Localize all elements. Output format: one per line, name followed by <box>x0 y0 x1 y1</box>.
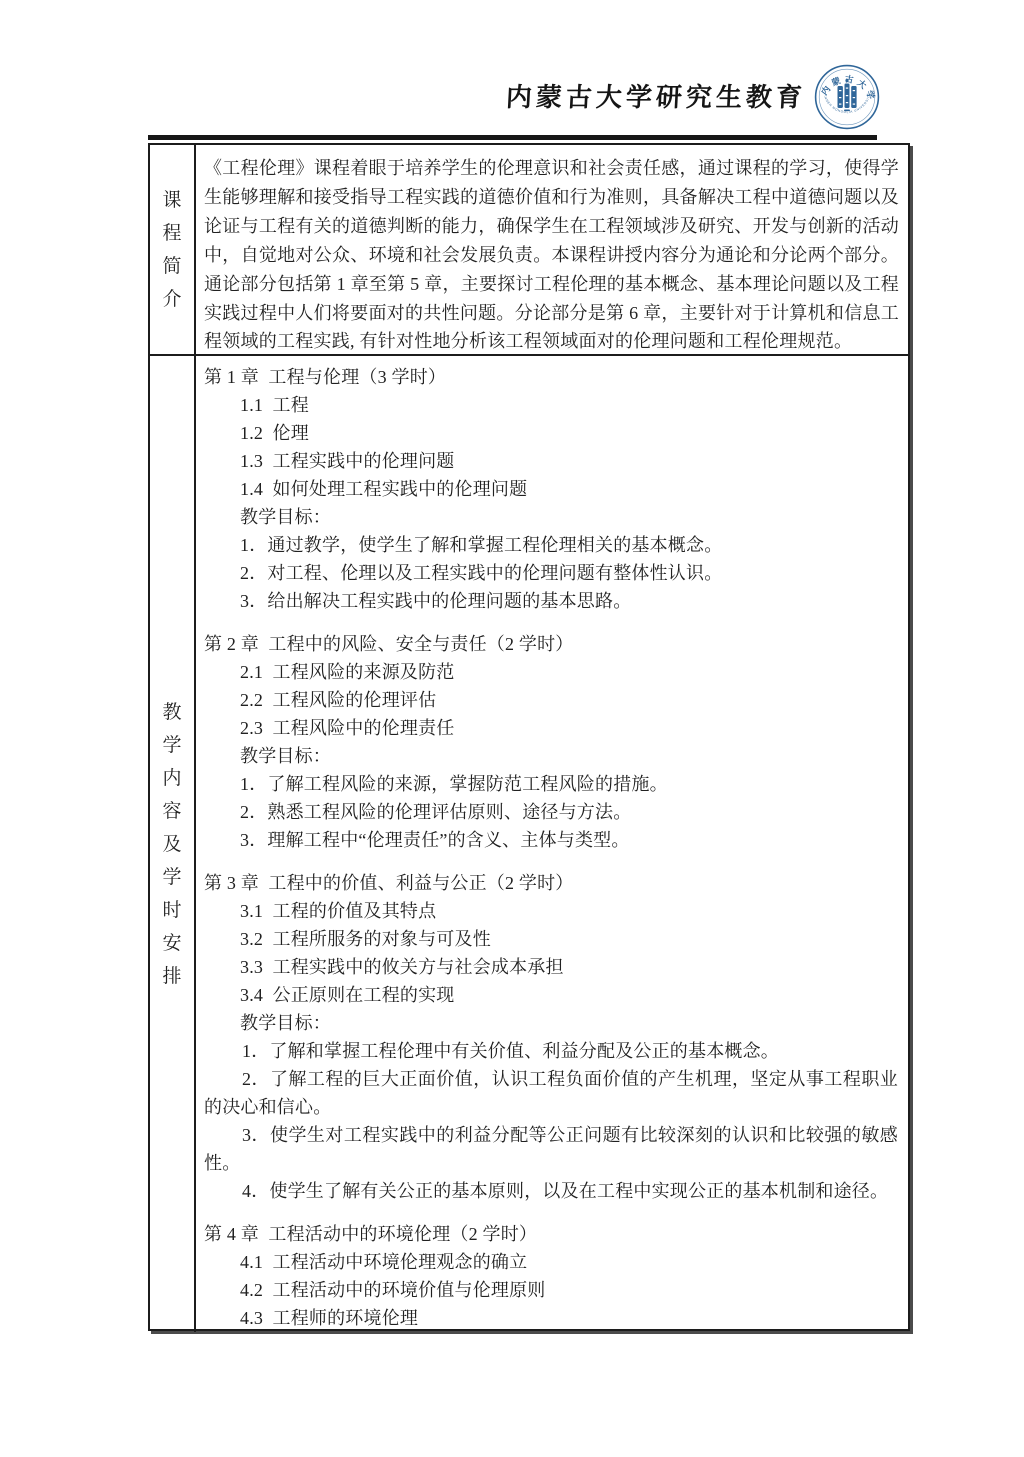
chapter-item: 3.2 工程所服务的对象与可及性 <box>204 925 898 953</box>
university-header-title: 内蒙古大学研究生教育 <box>505 77 807 118</box>
university-seal-icon: 内蒙古大学 INNER MONGOLIA UNIVERSITY <box>814 64 880 130</box>
objective-item: 1．了解工程风险的来源，掌握防范工程风险的措施。 <box>204 770 898 798</box>
row-label-course-intro: 课程简介 <box>162 184 182 316</box>
chapter-item: 2.1 工程风险的来源及防范 <box>204 658 898 686</box>
chapter-item: 4.2 工程活动中的环境价值与伦理原则 <box>204 1276 898 1304</box>
teaching-content-cell: 第 1 章 工程与伦理（3 学时）1.1 工程1.2 伦理1.3 工程实践中的伦… <box>196 356 908 1332</box>
chapter-block: 第 3 章 工程中的价值、利益与公正（2 学时）3.1 工程的价值及其特点3.2… <box>204 869 898 1205</box>
row-label-cell-course-intro: 课程简介 <box>150 145 196 356</box>
objectives-label: 教学目标： <box>204 742 898 770</box>
chapter-block: 第 1 章 工程与伦理（3 学时）1.1 工程1.2 伦理1.3 工程实践中的伦… <box>204 363 898 615</box>
objective-item: 1．通过教学，使学生了解和掌握工程伦理相关的基本概念。 <box>204 531 898 559</box>
chapter-item: 3.3 工程实践中的攸关方与社会成本承担 <box>204 953 898 981</box>
row-label-teaching-content: 教学内容及学时安排 <box>162 696 182 993</box>
chapter-item: 3.1 工程的价值及其特点 <box>204 897 898 925</box>
course-intro-text: 《工程伦理》课程着眼于培养学生的伦理意识和社会责任感，通过课程的学习，使得学生能… <box>204 158 899 351</box>
chapter-item: 1.1 工程 <box>204 391 898 419</box>
chapter-item: 4.1 工程活动中环境伦理观念的确立 <box>204 1248 898 1276</box>
objectives-label: 教学目标： <box>204 503 898 531</box>
objective-item: 1．了解和掌握工程伦理中有关价值、利益分配及公正的基本概念。 <box>204 1037 898 1065</box>
chapter-title: 第 1 章 工程与伦理（3 学时） <box>204 363 898 391</box>
course-table: 课程简介 《工程伦理》课程着眼于培养学生的伦理意识和社会责任感，通过课程的学习，… <box>148 143 910 1331</box>
row-label-cell-teaching-content: 教学内容及学时安排 <box>150 356 196 1332</box>
objective-item: 2．对工程、伦理以及工程实践中的伦理问题有整体性认识。 <box>204 559 898 587</box>
objectives-label: 教学目标： <box>204 1009 898 1037</box>
chapter-title: 第 4 章 工程活动中的环境伦理（2 学时） <box>204 1220 898 1248</box>
objective-item: 3．使学生对工程实践中的利益分配等公正问题有比较深刻的认识和比较强的敏感性。 <box>204 1121 898 1177</box>
chapter-title: 第 3 章 工程中的价值、利益与公正（2 学时） <box>204 869 898 897</box>
chapters: 第 1 章 工程与伦理（3 学时）1.1 工程1.2 伦理1.3 工程实践中的伦… <box>204 363 898 1332</box>
chapter-item: 4.3 工程师的环境伦理 <box>204 1304 898 1332</box>
course-intro-cell: 《工程伦理》课程着眼于培养学生的伦理意识和社会责任感，通过课程的学习，使得学生能… <box>196 145 908 356</box>
objective-item: 4．使学生了解有关公正的基本原则，以及在工程中实现公正的基本机制和途径。 <box>204 1177 898 1205</box>
chapter-item: 2.3 工程风险中的伦理责任 <box>204 714 898 742</box>
chapter-block: 第 2 章 工程中的风险、安全与责任（2 学时）2.1 工程风险的来源及防范2.… <box>204 630 898 854</box>
chapter-title: 第 2 章 工程中的风险、安全与责任（2 学时） <box>204 630 898 658</box>
chapter-item: 1.3 工程实践中的伦理问题 <box>204 447 898 475</box>
objective-item: 3．给出解决工程实践中的伦理问题的基本思路。 <box>204 587 898 615</box>
objective-item: 3．理解工程中“伦理责任”的含义、主体与类型。 <box>204 826 898 854</box>
page-header: 内蒙古大学研究生教育 内蒙古大学 INNER MONGOLIA UNIVERSI… <box>506 64 880 130</box>
objective-item: 2．了解工程的巨大正面价值，认识工程负面价值的产生机理，坚定从事工程职业的决心和… <box>204 1065 898 1121</box>
chapter-item: 1.2 伦理 <box>204 419 898 447</box>
chapter-item: 1.4 如何处理工程实践中的伦理问题 <box>204 475 898 503</box>
objective-item: 2．熟悉工程风险的伦理评估原则、途径与方法。 <box>204 798 898 826</box>
document-page: 内蒙古大学研究生教育 内蒙古大学 INNER MONGOLIA UNIVERSI… <box>0 0 1024 1457</box>
chapter-item: 3.4 公正原则在工程的实现 <box>204 981 898 1009</box>
header-divider <box>148 135 877 140</box>
chapter-block: 第 4 章 工程活动中的环境伦理（2 学时）4.1 工程活动中环境伦理观念的确立… <box>204 1220 898 1332</box>
chapter-item: 2.2 工程风险的伦理评估 <box>204 686 898 714</box>
